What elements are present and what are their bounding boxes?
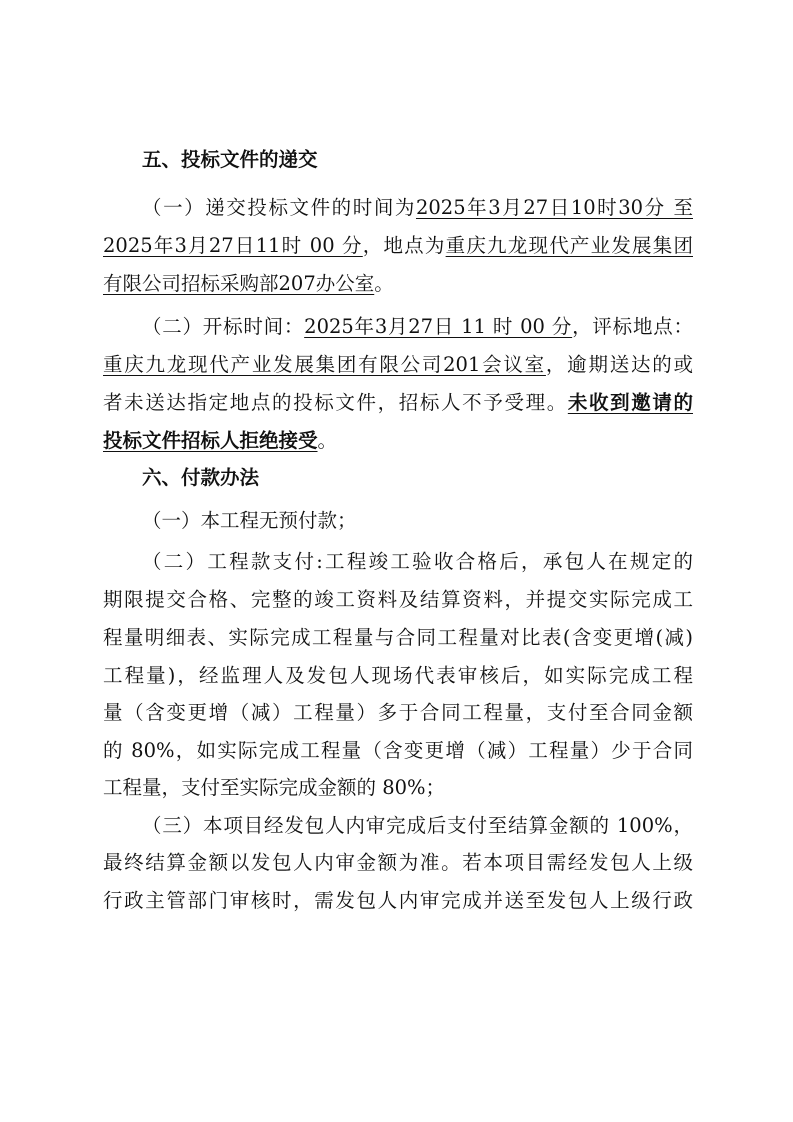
section-heading-5: 五、投标文件的递交 [142, 142, 693, 178]
text-span: 。 [318, 429, 338, 452]
paragraph-line: 工程量，支付至实际完成金额的 80%； [103, 770, 693, 806]
paragraph-line: 量（含变更增（减）工程量）多于合同工程量，支付至合同金额 [103, 695, 693, 731]
text-span: 。 [374, 272, 394, 295]
text-span: ，评标地点： [572, 315, 693, 338]
paragraph-line: 投标文件招标人拒绝接受。 [103, 423, 693, 459]
paragraph-line: （三）本项目经发包人内审完成后支付至结算金额的 100%， [142, 808, 693, 844]
evaluation-location-underlined: 重庆九龙现代产业发展集团有限公司201会议室 [103, 353, 546, 376]
paragraph-line: 程量明细表、实际完成工程量与合同工程量对比表(含变更增(减) [103, 620, 693, 656]
submission-time-underlined: 2025年3月27日10时30分 至 [416, 196, 693, 219]
paragraph-line: 期限提交合格、完整的竣工资料及结算资料，并提交实际完成工 [103, 582, 693, 618]
paragraph-line: 行政主管部门审核时，需发包人内审完成并送至发包人上级行政 [103, 883, 693, 919]
paragraph-line: 工程量)，经监理人及发包人现场代表审核后，如实际完成工程 [103, 658, 693, 694]
paragraph-line: 重庆九龙现代产业发展集团有限公司201会议室，逾期送达的或 [103, 347, 693, 383]
section-heading-6: 六、付款办法 [142, 460, 693, 496]
paragraph-line: 2025年3月27日11时 00 分，地点为重庆九龙现代产业发展集团 [103, 228, 693, 264]
text-span: （一）递交投标文件的时间为 [142, 196, 416, 219]
submission-location-underlined-cont: 有限公司招标采购部207办公室 [103, 272, 374, 295]
paragraph-line: 者未送达指定地点的投标文件，招标人不予受理。未收到邀请的 [103, 385, 693, 421]
rejection-notice-bold: 未收到邀请的 [568, 391, 693, 414]
paragraph-line: （二）开标时间：2025年3月27日 11 时 00 分，评标地点： [142, 309, 693, 345]
opening-time-underlined: 2025年3月27日 11 时 00 分 [304, 315, 572, 338]
text-span: ，地点为 [363, 234, 446, 257]
rejection-notice-bold-cont: 投标文件招标人拒绝接受 [103, 429, 318, 452]
submission-end-time-underlined: 2025年3月27日11时 00 分 [103, 234, 363, 257]
text-span: 者未送达指定地点的投标文件，招标人不予受理。 [103, 391, 568, 414]
paragraph-line: （二）工程款支付:工程竣工验收合格后，承包人在规定的 [142, 544, 693, 580]
paragraph-line: 最终结算金额以发包人内审金额为准。若本项目需经发包人上级 [103, 845, 693, 881]
text-span: ，逾期送达的或 [546, 353, 693, 376]
text-span: （二）开标时间： [142, 315, 304, 338]
paragraph-line: （一）本工程无预付款； [142, 503, 693, 539]
submission-location-underlined: 重庆九龙现代产业发展集团 [446, 234, 693, 257]
paragraph-line: （一）递交投标文件的时间为2025年3月27日10时30分 至 [142, 190, 693, 226]
paragraph-line: 的 80%，如实际完成工程量（含变更增（减）工程量）少于合同 [103, 733, 693, 769]
paragraph-line: 有限公司招标采购部207办公室。 [103, 266, 693, 302]
